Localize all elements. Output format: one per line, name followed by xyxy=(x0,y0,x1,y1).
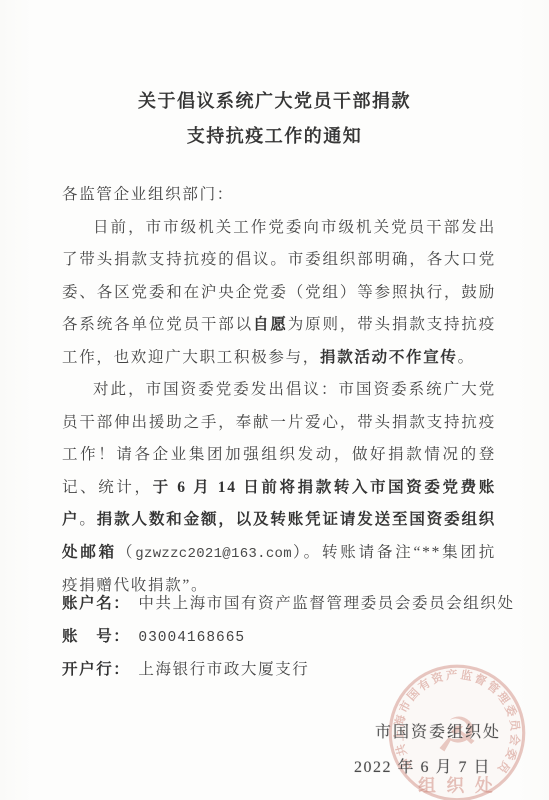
seal-bottom-text: 组 织 处 xyxy=(418,774,496,795)
document-title: 关于倡议系统广大党员干部捐款 支持抗疫工作的通知 xyxy=(0,84,549,154)
signature-date: 2022 年 6 月 7 日 xyxy=(354,754,491,777)
paragraph: 对此，市国资委党委发出倡议：市国资委系统广大党员干部伸出援助之手，奉献一片爱心，… xyxy=(62,374,496,603)
account-row: 账户名：中共上海市国有资产监督管理委员会委员会组织处 xyxy=(62,588,502,621)
document-body: 各监管企业组织部门： 日前，市市级机关工作党委向市级机关党员干部发出了带头捐款支… xyxy=(62,179,496,603)
emphasized-text: 自愿 xyxy=(253,316,288,333)
account-row-label: 账 号： xyxy=(62,628,130,645)
account-row-value: 中共上海市国有资产监督管理委员会委员会组织处 xyxy=(138,595,514,612)
salutation: 各监管企业组织部门： xyxy=(62,179,496,212)
title-line-1: 关于倡议系统广大党员干部捐款 xyxy=(0,84,549,119)
account-row-value: 上海银行市政大厦支行 xyxy=(138,661,309,678)
emphasized-text: 捐款活动不作宣传 xyxy=(320,349,458,366)
body-paragraphs: 日前，市市级机关工作党委向市级机关党员干部发出了带头捐款支持抗疫的倡议。市委组织… xyxy=(62,212,496,603)
account-row-value: 03004168665 xyxy=(138,630,245,646)
signature-org: 市国资委组织处 xyxy=(375,719,501,742)
body-text-run: （ xyxy=(117,544,135,561)
email-address: gzwzzc2021@163.com xyxy=(135,546,292,562)
title-line-2: 支持抗疫工作的通知 xyxy=(0,119,549,154)
body-text-run: 。 xyxy=(79,511,96,528)
paragraph: 日前，市市级机关工作党委向市级机关党员干部发出了带头捐款支持抗疫的倡议。市委组织… xyxy=(62,212,496,375)
body-text-run: 。 xyxy=(458,349,475,366)
document-page: 关于倡议系统广大党员干部捐款 支持抗疫工作的通知 各监管企业组织部门： 日前，市… xyxy=(0,0,549,800)
account-row: 账 号：03004168665 xyxy=(62,621,502,655)
account-row-label: 账户名： xyxy=(62,595,130,612)
account-row-label: 开户行： xyxy=(62,661,130,678)
